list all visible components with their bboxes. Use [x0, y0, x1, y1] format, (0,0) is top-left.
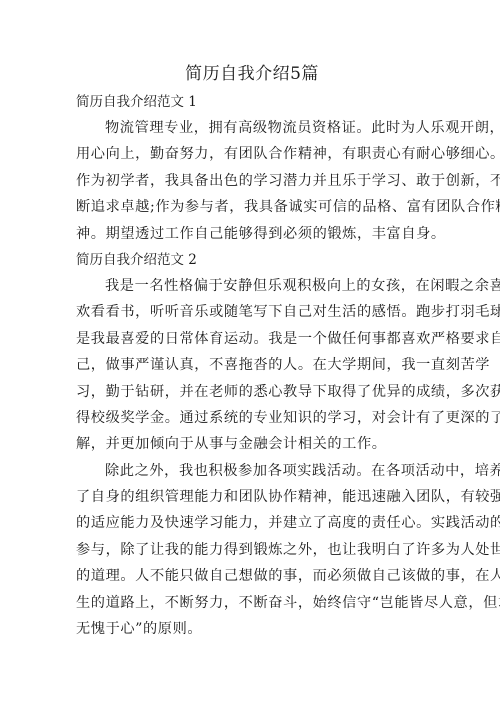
paragraph: 物流管理专业，拥有高级物流员资格证。此时为人乐观开朗， 用心向上，勤奋努力，有团…: [76, 115, 428, 247]
text-line: 习，勤于钻研，并在老师的悉心教导下取得了优异的成绩，多次获: [76, 379, 428, 405]
text-line: 生的道路上，不断努力，不断奋斗，始终信守“岂能皆尽人意，但求: [76, 590, 428, 616]
paragraph: 我是一名性格偏于安静但乐观积极向上的女孩，在闲暇之余喜 欢看看书，听听音乐或随笔…: [76, 273, 428, 458]
document-page: 简历自我介绍5篇 简历自我介绍范文 1 物流管理专业，拥有高级物流员资格证。此时…: [76, 62, 428, 642]
text-line: 是我最喜爱的日常体育运动。我是一个做任何事都喜欢严格要求自: [76, 326, 428, 352]
text-line: 己，做事严谨认真，不喜拖沓的人。在大学期间，我一直刻苦学: [76, 352, 428, 378]
section-heading: 简历自我介绍范文 2: [76, 247, 428, 273]
text-line: 作为初学者，我具备出色的学习潜力并且乐于学习、敢于创新，不: [76, 168, 428, 194]
text-line: 的道理。人不能只做自己想做的事，而必须做自己该做的事，在人: [76, 563, 428, 589]
text-line: 神。期望透过工作自己能够得到必须的锻炼，丰富自身。: [76, 221, 428, 247]
paragraph: 除此之外，我也积极参加各项实践活动。在各项活动中，培养 了自身的组织管理能力和团…: [76, 458, 428, 643]
section-heading: 简历自我介绍范文 1: [76, 89, 428, 115]
text-line: 物流管理专业，拥有高级物流员资格证。此时为人乐观开朗，: [76, 115, 428, 141]
text-line: 了自身的组织管理能力和团队协作精神，能迅速融入团队，有较强: [76, 484, 428, 510]
text-line: 无愧于心”的原则。: [76, 616, 428, 642]
text-line: 得校级奖学金。通过系统的专业知识的学习，对会计有了更深的了: [76, 405, 428, 431]
text-line: 欢看看书，听听音乐或随笔写下自己对生活的感悟。跑步打羽毛球: [76, 299, 428, 325]
text-line: 断追求卓越;作为参与者，我具备诚实可信的品格、富有团队合作精: [76, 194, 428, 220]
text-line: 解，并更加倾向于从事与金融会计相关的工作。: [76, 431, 428, 457]
text-line: 的适应能力及快速学习能力，并建立了高度的责任心。实践活动的: [76, 510, 428, 536]
text-line: 我是一名性格偏于安静但乐观积极向上的女孩，在闲暇之余喜: [76, 273, 428, 299]
text-line: 用心向上，勤奋努力，有团队合作精神，有职责心有耐心够细心。: [76, 141, 428, 167]
text-line: 除此之外，我也积极参加各项实践活动。在各项活动中，培养: [76, 458, 428, 484]
section-sample-1: 简历自我介绍范文 1 物流管理专业，拥有高级物流员资格证。此时为人乐观开朗， 用…: [76, 89, 428, 247]
text-line: 参与，除了让我的能力得到锻炼之外，也让我明白了许多为人处世: [76, 537, 428, 563]
document-title: 简历自我介绍5篇: [76, 62, 428, 86]
section-sample-2: 简历自我介绍范文 2 我是一名性格偏于安静但乐观积极向上的女孩，在闲暇之余喜 欢…: [76, 247, 428, 642]
